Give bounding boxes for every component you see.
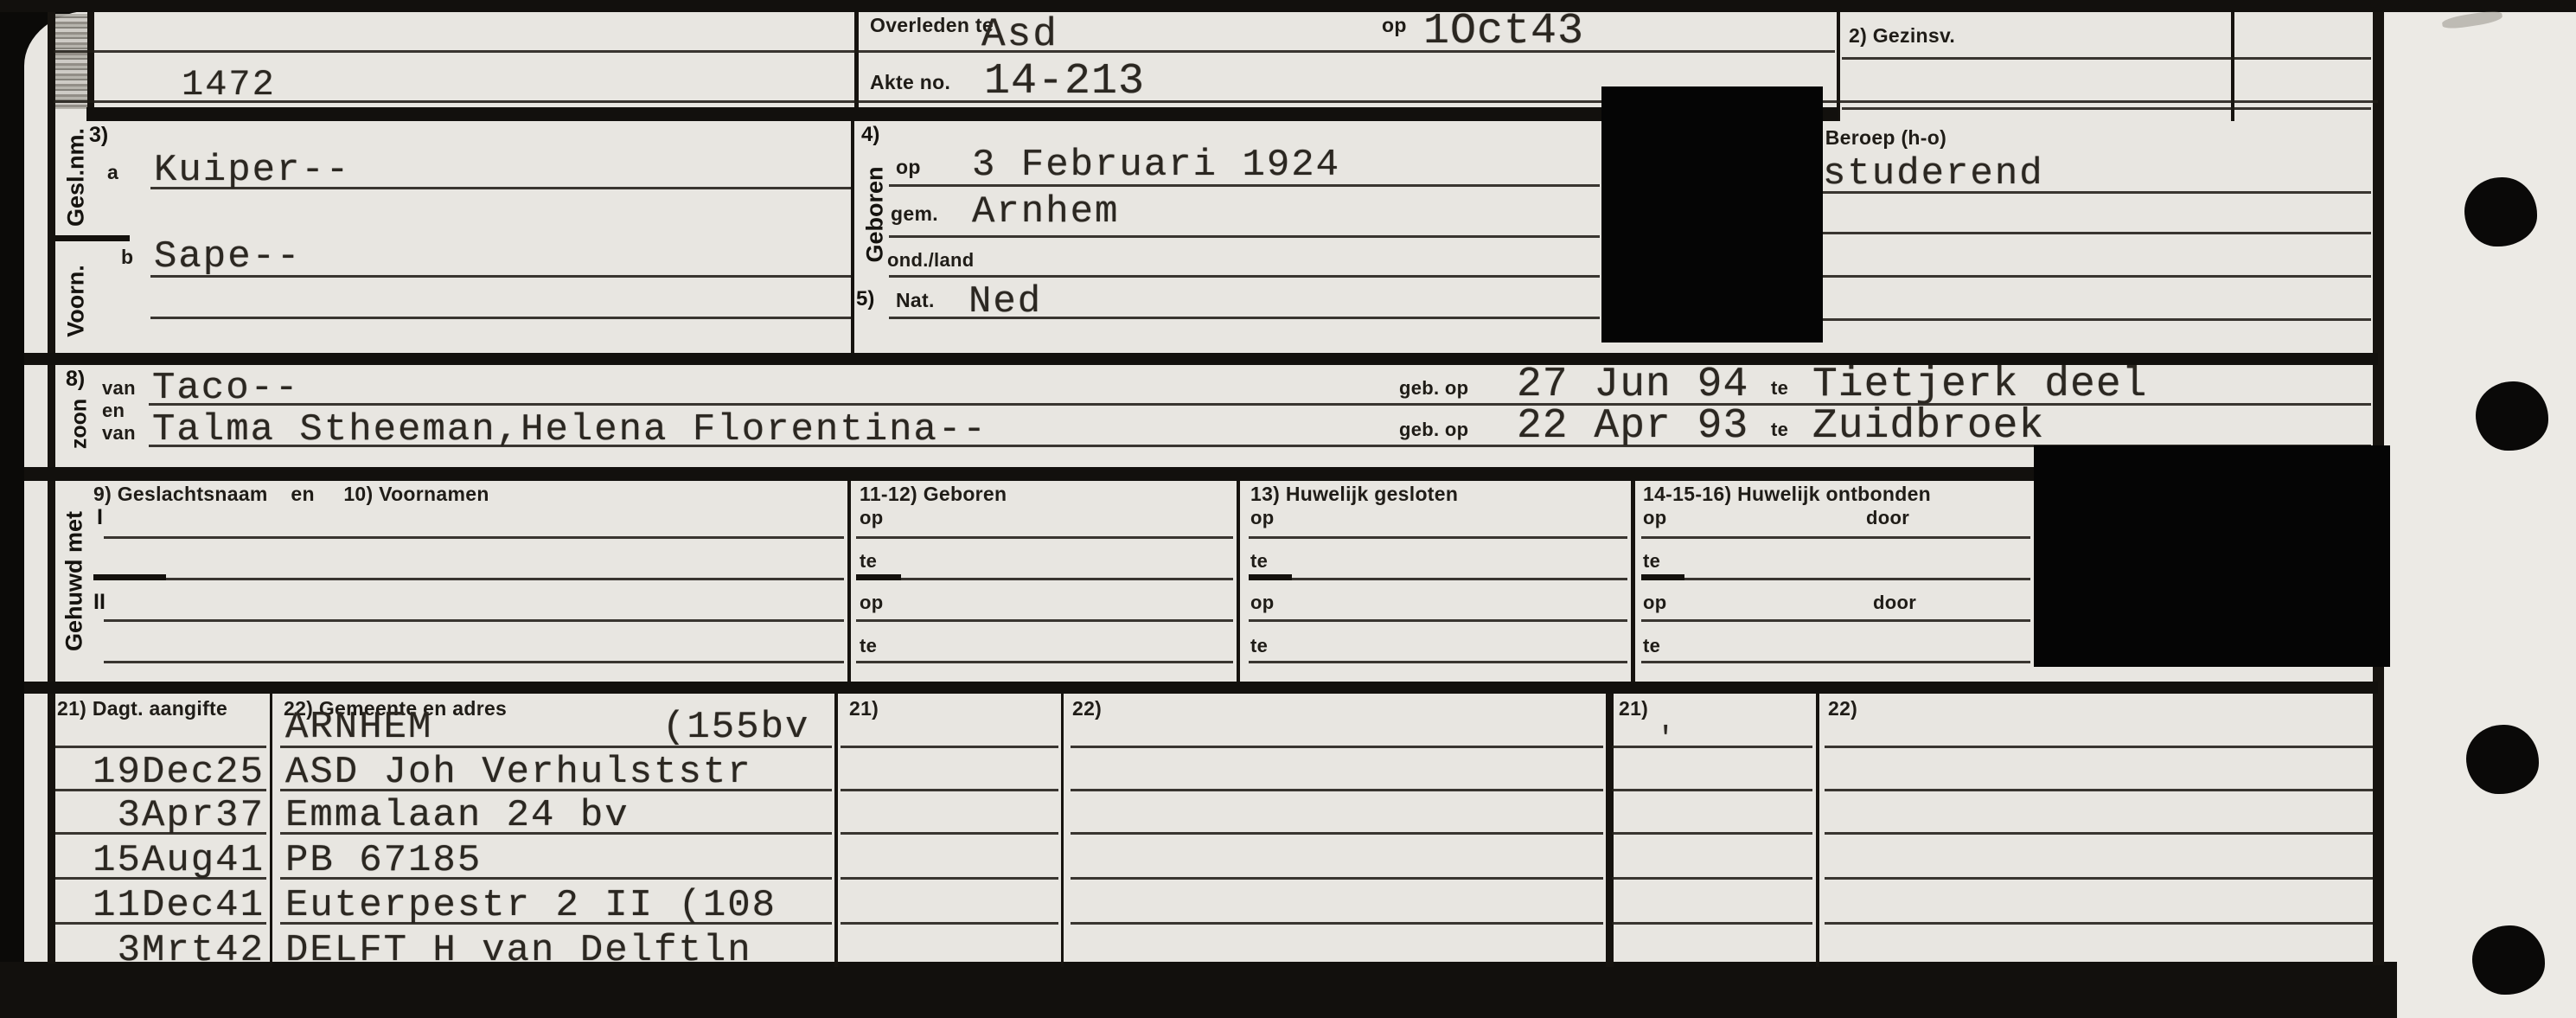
nat-label: Nat.	[896, 289, 935, 312]
te-label: te	[860, 550, 877, 573]
col3-21-header: 21)	[1619, 697, 1648, 720]
geslnm-vertical-label: Gesl.nm.	[63, 128, 90, 227]
ruled-line	[104, 536, 844, 539]
divider-line	[854, 12, 859, 121]
dagt-aangifte-header: 21) Dagt. aangifte	[57, 697, 227, 720]
section-divider-band	[24, 467, 2378, 481]
ruled-line	[150, 317, 851, 319]
ruled-line	[1612, 877, 1812, 880]
punch-hole	[2466, 725, 2539, 794]
op-label: op	[1382, 14, 1407, 37]
ruled-line	[1071, 877, 1603, 880]
van-label: van	[102, 422, 136, 445]
huwelijk-ontbonden-header: 14-15-16) Huwelijk ontbonden	[1643, 483, 1931, 506]
geboren-column-header: 11-12) Geboren	[860, 483, 1007, 506]
overleden-te-label: Overleden te	[870, 14, 994, 37]
gezinsv-label: 2) Gezinsv.	[1849, 24, 1955, 48]
op-label: op	[860, 507, 883, 529]
ruled-line	[104, 619, 844, 622]
en-label: en	[102, 400, 125, 422]
te-label: te	[860, 635, 877, 657]
ruled-line	[1071, 746, 1603, 748]
divider-line	[1631, 481, 1635, 682]
huwelijk-gesloten-header: 13) Huwelijk gesloten	[1250, 483, 1458, 506]
ruled-line	[856, 661, 1233, 663]
ruled-line	[104, 661, 844, 663]
te-label: te	[1643, 635, 1660, 657]
divider-line	[270, 694, 272, 967]
ruled-line	[1641, 578, 2030, 580]
voorn-vertical-label: Voorn.	[63, 265, 90, 337]
divider-tick	[93, 574, 166, 580]
ruled-line	[1071, 832, 1603, 835]
address-row-date: 11Dec41	[48, 884, 265, 927]
address-row-address: Emmalaan 24 bv	[285, 794, 630, 837]
van-label: van	[102, 377, 136, 400]
section-divider-band	[86, 107, 1838, 121]
address-row-date: 3Mrt42	[48, 929, 265, 972]
marriage-name-header: 9) Geslachtsnaam en 10) Voornamen	[93, 483, 489, 506]
section3-number: 3)	[89, 123, 108, 148]
geboren-op-label: op	[896, 156, 921, 179]
punch-hole	[2472, 925, 2545, 995]
divider-line	[1237, 481, 1240, 682]
op-label: op	[1643, 592, 1666, 614]
op-label: op	[1250, 592, 1274, 614]
ruled-line	[1249, 578, 1627, 580]
address-row-address: ASD Joh Verhulststr	[285, 751, 752, 794]
zoon-vertical-label: zoon	[67, 399, 93, 449]
divider-tick	[856, 574, 901, 580]
ruled-line	[1825, 832, 2373, 835]
divider-tick	[55, 235, 130, 241]
geb-op-label: geb. op	[1399, 377, 1468, 400]
beroep-label: 7) Beroep (h-o)	[1801, 126, 1946, 150]
registration-number: 1472	[182, 64, 276, 106]
te-label: te	[1250, 550, 1268, 573]
firstname-value: Sape--	[154, 235, 301, 279]
ruled-line	[1825, 877, 2373, 880]
ruled-line	[841, 746, 1058, 748]
redaction-box	[1601, 86, 1823, 343]
punch-hole	[2476, 381, 2548, 451]
ruled-line	[54, 100, 2378, 103]
ruled-line	[1842, 57, 2371, 60]
address-row-date: 15Aug41	[48, 839, 265, 882]
ruled-line	[1825, 789, 2373, 791]
section-divider-band	[24, 682, 2378, 694]
punch-margin-paper	[2380, 0, 2576, 1018]
address-row-date: 3Apr37	[48, 794, 265, 837]
ruled-line	[1825, 922, 2373, 925]
door-label: door	[1866, 507, 1909, 529]
redaction-box	[2034, 445, 2390, 667]
ruled-line	[856, 578, 1233, 580]
ruled-line	[280, 877, 832, 880]
op-label: op	[1643, 507, 1666, 529]
gehuwd-met-vertical-label: Gehuwd met	[61, 511, 88, 651]
spine-texture	[55, 14, 88, 109]
ruled-line	[856, 619, 1233, 622]
ruled-line	[55, 877, 266, 880]
address-row-address: Euterpestr 2 II (108	[285, 884, 777, 927]
ruled-line	[1612, 789, 1812, 791]
firstname-b-label: b	[121, 246, 133, 269]
ruled-line	[1071, 789, 1603, 791]
address-row-address: ARNHEM	[285, 706, 432, 749]
section5-number: 5)	[856, 287, 874, 311]
ruled-line	[856, 536, 1233, 539]
ruled-line	[1825, 746, 2373, 748]
ruled-line	[280, 789, 832, 791]
father-birth-place: Tietjerk deel	[1812, 362, 2147, 408]
te-label: te	[1250, 635, 1268, 657]
ruled-line	[55, 832, 266, 835]
ruled-line	[1641, 619, 2030, 622]
divider-line	[1816, 694, 1819, 967]
ruled-line	[1641, 536, 2030, 539]
ruled-line	[150, 275, 851, 278]
ruled-line	[1612, 746, 1812, 748]
ruled-line	[1249, 619, 1627, 622]
ruled-line	[1612, 832, 1812, 835]
divider-line	[1606, 694, 1614, 967]
ruled-line	[1821, 275, 2371, 278]
ruled-line	[1249, 661, 1627, 663]
ruled-line	[104, 578, 844, 580]
te-label: te	[1771, 377, 1788, 400]
divider-tick	[1249, 574, 1292, 580]
overleden-op-value: 1Oct43	[1423, 7, 1584, 56]
ruled-line	[1612, 922, 1812, 925]
birth-place-value: Arnhem	[972, 190, 1119, 234]
divider-line	[1061, 694, 1064, 967]
punch-hole	[2464, 177, 2537, 246]
door-label: door	[1873, 592, 1916, 614]
ruled-line	[1821, 318, 2371, 321]
te-label: te	[1771, 419, 1788, 441]
ond-land-label: ond./land	[887, 249, 974, 272]
scanned-registration-card-page: 1472 Overleden te Asd op 1Oct43 Akte no.…	[0, 0, 2576, 1018]
mother-birth-place: Zuidbroek	[1812, 403, 2044, 450]
akte-no-label: Akte no.	[870, 71, 950, 94]
ruled-line	[1842, 107, 2371, 110]
gem-label: gem.	[891, 202, 938, 226]
ruled-line	[1821, 232, 2371, 234]
col2-22-header: 22)	[1072, 697, 1102, 720]
stray-mark: '	[1657, 723, 1676, 756]
father-birth-date: 27 Jun 94	[1517, 362, 1748, 408]
akte-no-value: 14-213	[984, 57, 1145, 106]
op-label: op	[1250, 507, 1274, 529]
marriage-row1-label: I	[97, 505, 103, 530]
ruled-line	[55, 922, 266, 925]
address-row-note: (155bv	[662, 706, 809, 749]
address-row-date: 19Dec25	[48, 751, 265, 794]
te-label: te	[1643, 550, 1660, 573]
address-row-address: DELFT H van Delftln	[285, 929, 752, 972]
section4-number: 4)	[861, 123, 879, 147]
mother-birth-date: 22 Apr 93	[1517, 403, 1748, 450]
birth-date-value: 3 Februari 1924	[972, 144, 1340, 187]
ruled-line	[1249, 536, 1627, 539]
ruled-line	[280, 746, 832, 748]
ruled-line	[1071, 922, 1603, 925]
surname-value: Kuiper--	[154, 149, 350, 192]
ruled-line	[841, 832, 1058, 835]
ruled-line	[150, 187, 851, 189]
marriage-row2-label: II	[93, 590, 105, 615]
scan-edge-top	[0, 0, 2576, 12]
col2-21-header: 21)	[849, 697, 879, 720]
ruled-line	[841, 877, 1058, 880]
surname-a-label: a	[107, 161, 118, 184]
ruled-line	[889, 235, 1600, 238]
divider-tick	[1641, 574, 1684, 580]
divider-line	[2231, 12, 2234, 121]
ruled-line	[55, 789, 266, 791]
address-row-address: PB 67185	[285, 839, 482, 882]
overleden-te-value: Asd	[981, 12, 1058, 57]
ruled-line	[280, 832, 832, 835]
ruled-line	[889, 317, 1600, 319]
geb-op-label: geb. op	[1399, 419, 1468, 441]
col3-22-header: 22)	[1828, 697, 1857, 720]
ruled-line	[280, 922, 832, 925]
divider-line	[851, 121, 854, 353]
ruled-line	[889, 275, 1600, 278]
divider-line	[87, 12, 94, 109]
beroep-value: studerend	[1823, 152, 2044, 195]
ruled-line	[1641, 661, 2030, 663]
ruled-line	[889, 184, 1600, 187]
section8-number: 8)	[66, 367, 85, 392]
divider-line	[834, 694, 838, 967]
op-label: op	[860, 592, 883, 614]
geboren-vertical-label: Geboren	[862, 166, 889, 262]
divider-line	[1837, 12, 1840, 121]
ruled-line	[55, 746, 266, 748]
divider-line	[847, 481, 851, 682]
ruled-line	[841, 922, 1058, 925]
ruled-line	[841, 789, 1058, 791]
ruled-line	[1821, 191, 2371, 194]
